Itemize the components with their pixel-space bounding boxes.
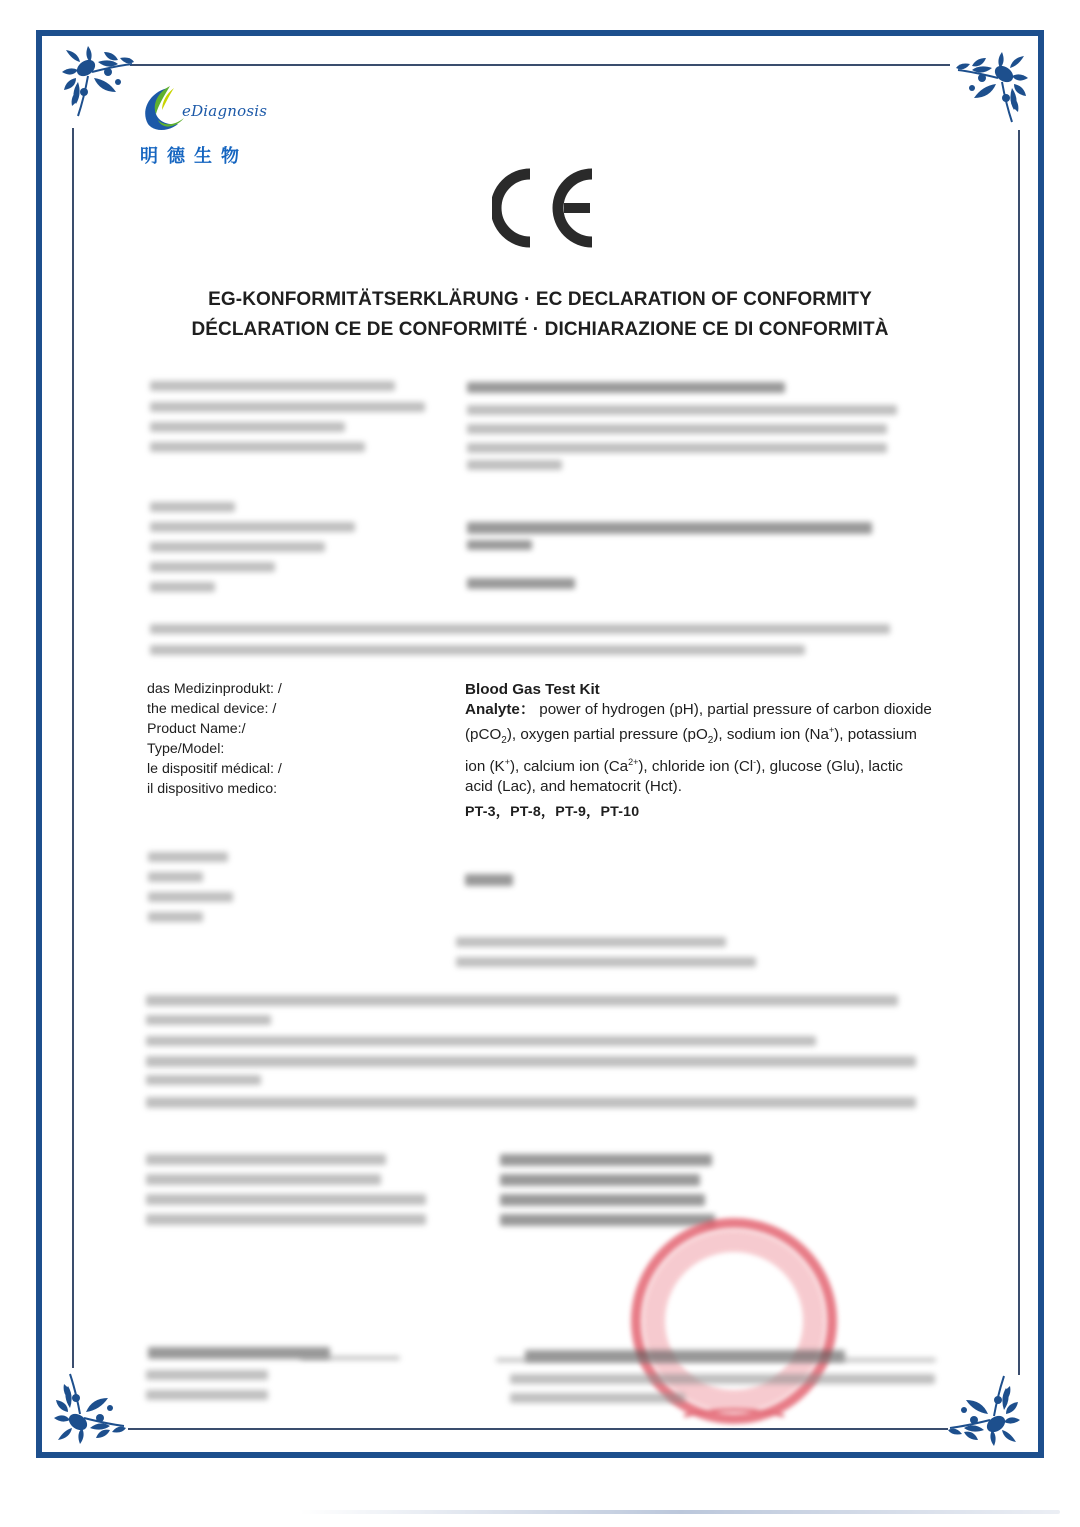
declaration-title-line-1: EG-KONFORMITÄTSERKLÄRUNG · EC DECLARATIO…	[100, 289, 980, 311]
type-models: PT-3，PT-8，PT-9，PT-10	[465, 801, 639, 821]
analyte-label: Analyte：	[465, 701, 535, 718]
logo-chinese-name: 明德生物	[140, 142, 248, 168]
label-medizinprodukt: das Medizinprodukt: /	[147, 679, 282, 699]
company-logo: eDiagnosis 明德生物	[138, 84, 268, 168]
declaration-title-line-2: DÉCLARATION CE DE CONFORMITÉ · DICHIARAZ…	[100, 319, 980, 341]
corner-ornament-top-right-icon	[952, 48, 1032, 128]
leaf-swoosh-icon	[138, 84, 188, 134]
inner-border-top	[130, 64, 950, 66]
inner-border-right	[1018, 130, 1020, 1375]
inner-border-bottom	[128, 1428, 948, 1430]
analyte-description: Analyte： power of hydrogen (pH), partial…	[465, 700, 935, 797]
inner-border-left	[72, 128, 74, 1368]
ce-mark-icon	[492, 168, 602, 248]
logo-brand-text: eDiagnosis	[182, 102, 267, 120]
label-dispositivo-medico: il dispositivo medico:	[147, 779, 282, 799]
label-type-model: Type/Model:	[147, 739, 282, 759]
corner-ornament-bottom-right-icon	[944, 1370, 1024, 1450]
corner-ornament-bottom-left-icon	[50, 1368, 130, 1448]
device-field-labels: das Medizinprodukt: / the medical device…	[147, 679, 282, 799]
corner-ornament-top-left-icon	[58, 42, 138, 122]
product-description: Blood Gas Test Kit Analyte： power of hyd…	[465, 680, 935, 797]
label-medical-device: the medical device: /	[147, 699, 282, 719]
product-name: Blood Gas Test Kit	[465, 680, 935, 700]
label-product-name: Product Name:/	[147, 719, 282, 739]
label-dispositif-medical: le dispositif médical: /	[147, 759, 282, 779]
scan-edge-artifact	[300, 1510, 1060, 1514]
